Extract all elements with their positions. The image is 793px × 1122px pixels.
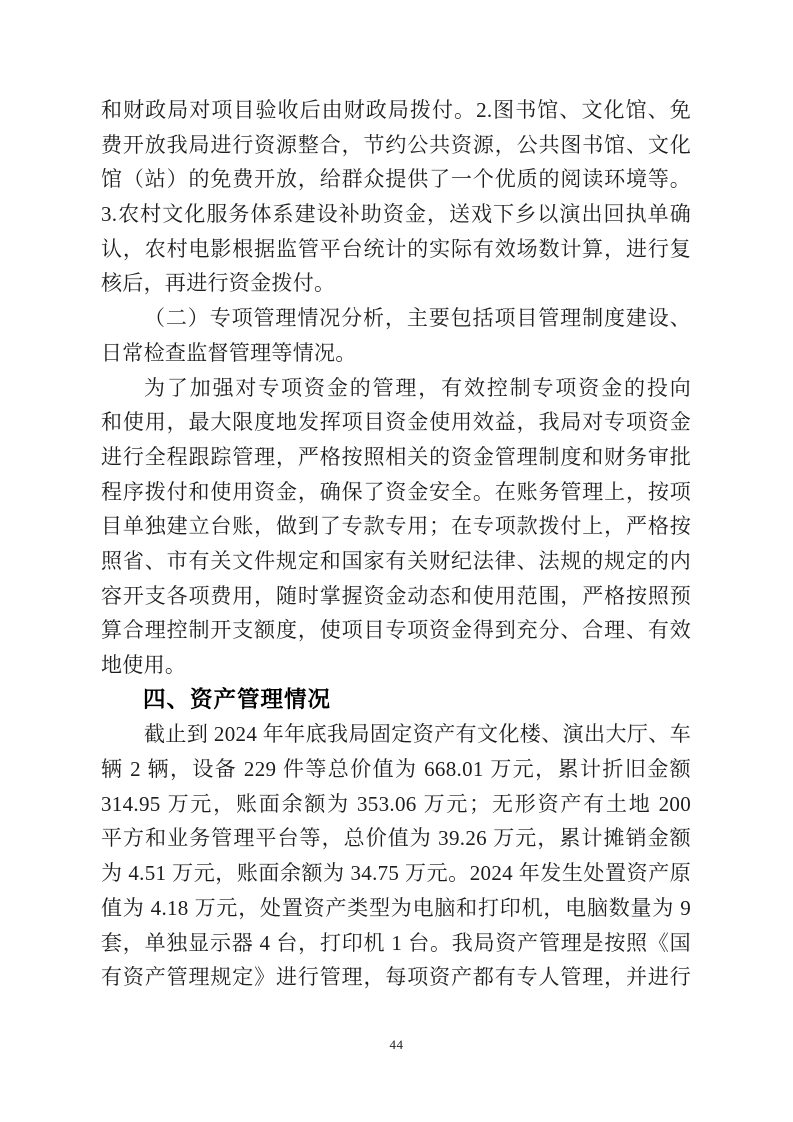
page-number: 44 — [0, 1037, 793, 1053]
text-line: 地使用。 — [101, 648, 691, 683]
text-line: 314.95 万元，账面余额为 353.06 万元；无形资产有土地 200 — [101, 787, 691, 822]
text-block: 和财政局对项目验收后由财政局拨付。2.图书馆、文化馆、免费开放我局进行资源整合，… — [101, 93, 691, 995]
text-line: （二）专项管理情况分析，主要包括项目管理制度建设、 — [101, 301, 691, 336]
text-line: 套，单独显示器 4 台，打印机 1 台。我局资产管理是按照《国 — [101, 926, 691, 961]
text-line: 照省、市有关文件规定和国家有关财纪法律、法规的规定的内 — [101, 544, 691, 579]
text-line: 目单独建立台账，做到了专款专用；在专项款拨付上，严格按 — [101, 509, 691, 544]
text-line: 截止到 2024 年年底我局固定资产有文化楼、演出大厅、车 — [101, 717, 691, 752]
section-heading: 四、资产管理情况 — [101, 683, 691, 718]
text-line: 和使用，最大限度地发挥项目资金使用效益，我局对专项资金 — [101, 405, 691, 440]
text-line: 容开支各项费用，随时掌握资金动态和使用范围，严格按照预 — [101, 579, 691, 614]
document-page: 和财政局对项目验收后由财政局拨付。2.图书馆、文化馆、免费开放我局进行资源整合，… — [0, 0, 793, 1122]
text-line: 程序拨付和使用资金，确保了资金安全。在账务管理上，按项 — [101, 475, 691, 510]
text-line: 日常检查监督管理等情况。 — [101, 336, 691, 371]
text-line: 和财政局对项目验收后由财政局拨付。2.图书馆、文化馆、免 — [101, 93, 691, 128]
text-line: 值为 4.18 万元，处置资产类型为电脑和打印机，电脑数量为 9 — [101, 891, 691, 926]
text-line: 算合理控制开支额度，使项目专项资金得到充分、合理、有效 — [101, 613, 691, 648]
text-line: 为了加强对专项资金的管理，有效控制专项资金的投向 — [101, 371, 691, 406]
text-line: 辆 2 辆，设备 229 件等总价值为 668.01 万元，累计折旧金额 — [101, 752, 691, 787]
text-line: 馆（站）的免费开放，给群众提供了一个优质的阅读环境等。 — [101, 162, 691, 197]
text-line: 3.农村文化服务体系建设补助资金，送戏下乡以演出回执单确 — [101, 197, 691, 232]
text-line: 认，农村电影根据监管平台统计的实际有效场数计算，进行复 — [101, 232, 691, 267]
text-line: 平方和业务管理平台等，总价值为 39.26 万元，累计摊销金额 — [101, 821, 691, 856]
text-line: 费开放我局进行资源整合，节约公共资源，公共图书馆、文化 — [101, 128, 691, 163]
text-line: 为 4.51 万元，账面余额为 34.75 万元。2024 年发生处置资产原 — [101, 856, 691, 891]
text-line: 核后，再进行资金拨付。 — [101, 266, 691, 301]
text-line: 进行全程跟踪管理，严格按照相关的资金管理制度和财务审批 — [101, 440, 691, 475]
text-line: 有资产管理规定》进行管理，每项资产都有专人管理，并进行 — [101, 960, 691, 995]
